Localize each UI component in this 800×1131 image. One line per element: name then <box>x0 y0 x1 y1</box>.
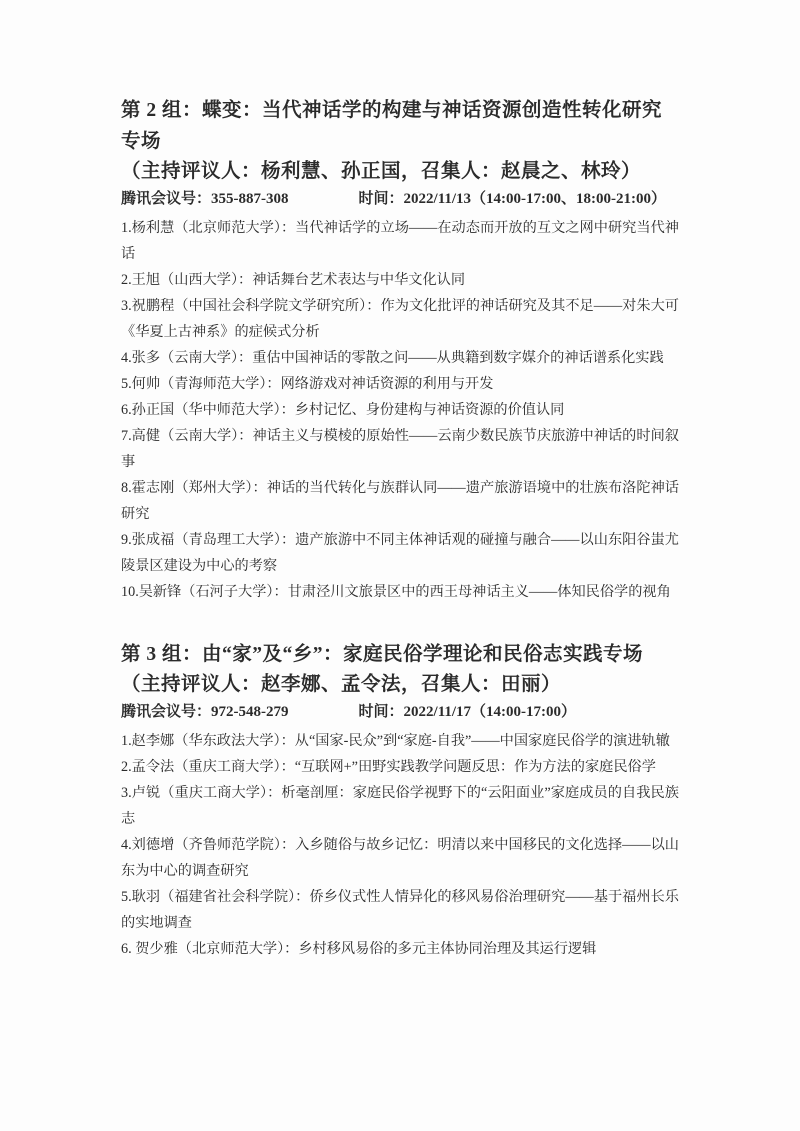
session-3-title: 第 3 组：由“家”及“乡”：家庭民俗学理论和民俗志实践专场 <box>121 639 679 670</box>
session-3-items: 1.赵李娜（华东政法大学）：从“国家-民众”到“家庭-自我”——中国家庭民俗学的… <box>121 728 679 962</box>
presentation-item: 2.孟令法（重庆工商大学）：“互联网+”田野实践教学问题反思：作为方法的家庭民俗… <box>121 754 679 780</box>
presentation-item: 4.刘德增（齐鲁师范学院）：入乡随俗与故乡记忆：明清以来中国移民的文化选择——以… <box>121 832 679 884</box>
time-value: 2022/11/13（14:00-17:00、18:00-21:00） <box>404 191 666 207</box>
page-content: 第 2 组：蝶变：当代神话学的构建与神话资源创造性转化研究专场 （主持评议人：杨… <box>121 95 679 962</box>
presentation-item: 5.耿羽（福建省社会科学院）：侨乡仪式性人情异化的移风易俗治理研究——基于福州长… <box>121 884 679 936</box>
time-label: 时间： <box>359 704 404 720</box>
presentation-item: 2.王旭（山西大学）：神话舞台艺术表达与中华文化认同 <box>121 267 679 293</box>
session-group-3: 第 3 组：由“家”及“乡”：家庭民俗学理论和民俗志实践专场 （主持评议人：赵李… <box>121 639 679 962</box>
meeting-id-value: 972-548-279 <box>211 704 289 720</box>
presentation-item: 5.何帅（青海师范大学）：网络游戏对神话资源的利用与开发 <box>121 371 679 397</box>
meeting-id-label: 腾讯会议号： <box>121 191 211 207</box>
presentation-item: 1.赵李娜（华东政法大学）：从“国家-民众”到“家庭-自我”——中国家庭民俗学的… <box>121 728 679 754</box>
presentation-item: 3.祝鹏程（中国社会科学院文学研究所）：作为文化批评的神话研究及其不足——对朱大… <box>121 293 679 345</box>
session-2-meeting-line: 腾讯会议号：355-887-308时间：2022/11/13（14:00-17:… <box>121 186 679 213</box>
presentation-item: 3.卢锐（重庆工商大学）：析毫剖厘：家庭民俗学视野下的“云阳面业”家庭成员的自我… <box>121 780 679 832</box>
presentation-item: 4.张多（云南大学）：重估中国神话的零散之问——从典籍到数字媒介的神话谱系化实践 <box>121 345 679 371</box>
presentation-item: 8.霍志刚（郑州大学）：神话的当代转化与族群认同——遗产旅游语境中的壮族布洛陀神… <box>121 475 679 527</box>
session-2-items: 1.杨利慧（北京师范大学）：当代神话学的立场——在动态而开放的互文之网中研究当代… <box>121 215 679 605</box>
presentation-item: 6.孙正国（华中师范大学）：乡村记忆、身份建构与神话资源的价值认同 <box>121 397 679 423</box>
time-label: 时间： <box>359 191 404 207</box>
presentation-item: 7.高健（云南大学）：神话主义与模棱的原始性——云南少数民族节庆旅游中神话的时间… <box>121 423 679 475</box>
presentation-item: 6. 贺少雅（北京师范大学）：乡村移风易俗的多元主体协同治理及其运行逻辑 <box>121 936 679 962</box>
session-2-chairs: （主持评议人：杨利慧、孙正国，召集人：赵晨之、林玲） <box>121 157 679 186</box>
time-value: 2022/11/17（14:00-17:00） <box>404 704 577 720</box>
session-3-chairs: （主持评议人：赵李娜、孟令法，召集人：田丽） <box>121 670 679 699</box>
session-2-title: 第 2 组：蝶变：当代神话学的构建与神话资源创造性转化研究专场 <box>121 95 679 157</box>
meeting-id-value: 355-887-308 <box>211 191 289 207</box>
document-page: 第 2 组：蝶变：当代神话学的构建与神话资源创造性转化研究专场 （主持评议人：杨… <box>0 0 800 1131</box>
presentation-item: 10.吴新锋（石河子大学）：甘肃泾川文旅景区中的西王母神话主义——体知民俗学的视… <box>121 579 679 605</box>
session-group-2: 第 2 组：蝶变：当代神话学的构建与神话资源创造性转化研究专场 （主持评议人：杨… <box>121 95 679 605</box>
presentation-item: 9.张成福（青岛理工大学）：遗产旅游中不同主体神话观的碰撞与融合——以山东阳谷蚩… <box>121 527 679 579</box>
presentation-item: 1.杨利慧（北京师范大学）：当代神话学的立场——在动态而开放的互文之网中研究当代… <box>121 215 679 267</box>
session-3-meeting-line: 腾讯会议号：972-548-279时间：2022/11/17（14:00-17:… <box>121 699 679 726</box>
meeting-id-label: 腾讯会议号： <box>121 704 211 720</box>
